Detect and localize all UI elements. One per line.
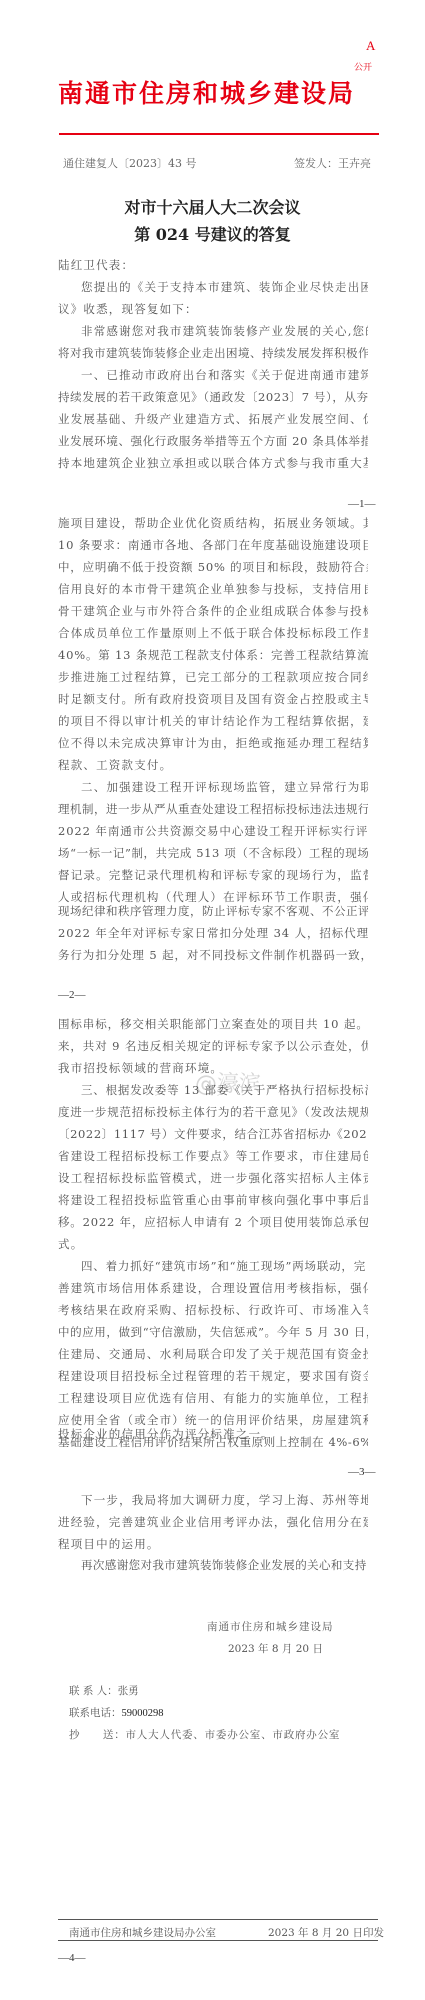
body-line: 移。2022 年，应招标人申请有 2 个项目使用装饰总承包招标模: [58, 1211, 368, 1233]
footer-bottom-rule: [58, 1940, 378, 1941]
document-title-line-1: 对市十六届人大二次会议: [0, 195, 425, 218]
body-line: 投标企业的信用分作为评分标准之一。: [58, 1423, 368, 1445]
body-line: 式。: [58, 1233, 368, 1255]
body-line: 持续发展的若干政策意见》（通政发〔2023〕7 号），从夯实产: [58, 386, 368, 408]
body-line: 二、加强建设工程开评标现场监管，建立异常行为联动处: [58, 776, 368, 798]
signer: 签发人：王卉亮: [294, 155, 371, 171]
red-divider: [59, 133, 379, 135]
issuer: 南通市住房和城乡建设局办公室: [69, 1925, 216, 1940]
body-line: 〔2022〕1117 号）文件要求，结合江苏省招标办《2023 年江苏: [58, 1123, 368, 1145]
body-line: 的项目不得以审计机关的审计结论作为工程结算依据，建设单: [58, 710, 368, 732]
body-line: 中的应用，做到“守信激励，失信惩戒”。今年 5 月 30 日，市: [58, 1321, 368, 1343]
body-line: 一、已推动市政府出台和落实《关于促进南通市建筑业可: [58, 364, 368, 386]
body-line: 40%。第 13 条规范工程款支付体系：完善工程款结算流程，稳: [58, 644, 368, 666]
body-line: 10 条要求：南通市各地、各部门在年度基础设施建设项目计划: [58, 534, 368, 556]
body-line: 2022 年南通市公共资源交易中心建设工程开评标实行评标现: [58, 820, 368, 842]
signature-org: 南通市住房和城乡建设局: [207, 1619, 334, 1634]
page-number-2: —2—: [58, 989, 86, 1001]
body-line: 理机制，进一步从严从重查处建设工程招标投标违法违规行为。: [58, 798, 368, 820]
body-line: 步推进施工过程结算，已完工部分的工程款项应按合同约定及: [58, 666, 368, 688]
body-line: 我市招投标领域的营商环境。: [58, 1057, 368, 1079]
contact-person-label: 联 系 人：: [69, 1685, 118, 1697]
document-grade-mark: A: [366, 38, 375, 54]
body-line: 施项目建设，帮助企业优化资质结构，拓展业务领域。其中第: [58, 512, 368, 534]
body-line: 合体成员单位工作量原则上不低于联合体投标标段工作量的: [58, 622, 368, 644]
salutation: 陆红卫代表：: [58, 254, 368, 276]
body-line: 程建设项目招投标全过程管理的若干规定，要求国有资金投资: [58, 1365, 368, 1387]
body-line: 住建局、交通局、水利局联合印发了关于规范国有资金投资工: [58, 1343, 368, 1365]
document-title-line-2: 第 024 号建议的答复: [0, 222, 425, 245]
body-line: 三、根据发改委等 13 部委《关于严格执行招标投标法规制: [58, 1079, 368, 1101]
document-number: 通住建复人〔2023〕43 号: [63, 155, 197, 171]
page-number-1: —1—: [348, 498, 376, 510]
contact-person-row: 联 系 人：张勇: [69, 1683, 139, 1698]
body-line: 省建设工程招标投标工作要点》等工作要求，市住建局创新建: [58, 1145, 368, 1167]
body-line: 持本地建筑企业独立承担或以联合体方式参与我市重大基础设: [58, 452, 368, 474]
contact-phone-row: 联系电话：59000298: [69, 1705, 164, 1720]
body-line: 现场纪律和秩序管理力度，防止评标专家不客观、不公正评标。: [58, 900, 368, 922]
body-line: 业发展基础、升级产业建造方式、拓展产业发展空间、优化产: [58, 408, 368, 430]
footer-top-rule: [58, 1919, 378, 1920]
contact-phone: 59000298: [122, 1708, 164, 1719]
body-line: 程款、工资款支付。: [58, 754, 368, 776]
body-line: 将建设工程招投标监管重心由事前审核向强化事中事后监管转: [58, 1189, 368, 1211]
body-line: 2022 年全年对评标专家日常扣分处理 34 人，招标代理日常业: [58, 922, 368, 944]
body-line: 议》收悉，现答复如下：: [58, 298, 368, 320]
body-line: 非常感谢您对我市建筑装饰装修产业发展的关心,您的建议: [58, 320, 368, 342]
body-line: 进经验，完善建筑业企业信用考评办法，强化信用分在建设工: [58, 1511, 368, 1533]
issue-date: 2023 年 8 月 20 日印发: [268, 1925, 384, 1940]
body-line: 督记录。完整记录代理机构和评标专家的现场行为，监督招标: [58, 864, 368, 886]
cc-row: 抄 送：市人大人代委、市委办公室、市政府办公室: [69, 1727, 340, 1742]
cc-recipients: 市人大人代委、市委办公室、市政府办公室: [126, 1729, 341, 1741]
body-line: 中，应明确不低于投资额 50% 的项目和标段，鼓励符合条件、: [58, 556, 368, 578]
body-line: 考核结果在政府采购、招标投标、行政许可、市场准入等事项: [58, 1299, 368, 1321]
body-line: 再次感谢您对我市建筑装饰装修企业发展的关心和支持！: [58, 1554, 368, 1576]
page-number-4: —4—: [58, 1952, 86, 1964]
body-line: 下一步，我局将加大调研力度，学习上海、苏州等地的先: [58, 1489, 368, 1511]
body-line: 四、着力抓好“建筑市场”和“施工现场”两场联动，完: [58, 1255, 368, 1277]
org-title: 南通市住房和城乡建设局: [58, 74, 378, 110]
body-line: 骨干建筑企业与市外符合条件的企业组成联合体参与投标，联: [58, 600, 368, 622]
body-line: 设工程招标投标监管模式，进一步强化落实招标人主体责任，: [58, 1167, 368, 1189]
body-line: 务行为扣分处理 5 起，对不同投标文件制作机器码一致，涉嫌: [58, 944, 368, 966]
contact-phone-label: 联系电话：: [69, 1707, 122, 1719]
contact-person: 张勇: [118, 1685, 139, 1697]
body-line: 程项目中的运用。: [58, 1533, 368, 1555]
signature-date: 2023 年 8 月 20 日: [228, 1641, 323, 1656]
body-line: 将对我市建筑装饰装修企业走出困境、持续发展发挥积极作用。: [58, 342, 368, 364]
body-line: 工程建设项目应优选有信用、有能力的实施单位，工程招投标: [58, 1387, 368, 1409]
body-line: 业发展环境、强化行政服务举措等五个方面 20 条具体举措，支: [58, 430, 368, 452]
cc-label: 抄 送：: [69, 1729, 126, 1741]
body-line: 时足额支付。所有政府投资项目及国有资金占控股或主导地位: [58, 688, 368, 710]
body-line: 您提出的《关于支持本市建筑、装饰企业尽快走出困境的建: [58, 276, 368, 298]
body-line: 位不得以未完成决算审计为由，拒绝或拖延办理工程结算和工: [58, 732, 368, 754]
body-line: 善建筑市场信用体系建设，合理设置信用考核指标，强化信用: [58, 1277, 368, 1299]
body-line: 场“一标一记”制，共完成 513 项（不含标段）工程的现场监: [58, 842, 368, 864]
body-line: 来，共对 9 名违反相关规定的评标专家予以公示查处，优化了: [58, 1035, 368, 1057]
public-mark: 公开: [354, 60, 372, 73]
body-line: 信用良好的本市骨干建筑企业单独参与投标，支持信用良好的: [58, 578, 368, 600]
body-line: 围标串标，移交相关职能部门立案查处的项目共 10 起。今年以: [58, 1013, 368, 1035]
page-number-3: —3—: [348, 1466, 376, 1478]
body-line: 度进一步规范招标投标主体行为的若干意见》（发改法规规: [58, 1101, 368, 1123]
